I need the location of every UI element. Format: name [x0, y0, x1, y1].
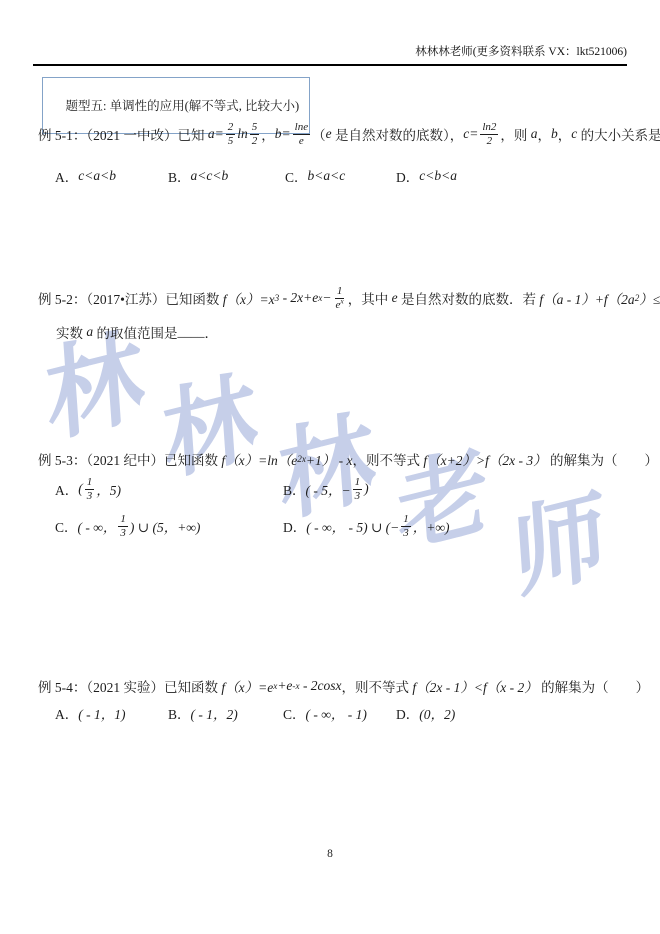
- p52-ineq-a: f（a - 1）+f（2a: [539, 288, 634, 308]
- p53-tail: 的解集为（ ）: [547, 449, 658, 469]
- option-value: (0，2): [419, 703, 455, 723]
- p52-line2-mid: 的取值范围是: [93, 322, 177, 342]
- fraction-lne-e: lne e: [293, 121, 310, 148]
- option-label: D．: [283, 516, 306, 536]
- option-label: A．: [55, 703, 78, 723]
- option-label: D．: [396, 166, 419, 186]
- fraction-numerator: 2: [226, 121, 236, 135]
- option-label: B．: [168, 166, 191, 186]
- p52-line2-var: a: [86, 324, 93, 340]
- fraction-denominator: e: [297, 135, 306, 148]
- p51-comma2: ，: [558, 124, 572, 144]
- problem-5-4-statement: 例 5-4：（2021 实验）已知函数 f（x）=ex +e-x - 2cosx…: [38, 676, 649, 696]
- p53-fx-a: f（x）=ln（e: [221, 449, 297, 469]
- p51-note-rest: 是自然对数的底数），: [332, 124, 464, 144]
- p53-option-c: C． ( - ∞， 1 3 ) ∪ (5，+∞): [55, 513, 200, 540]
- p51-var-b: b: [551, 126, 558, 142]
- p52-minus: −: [322, 290, 331, 306]
- p51-var-a: a: [531, 126, 538, 142]
- p51-option-a: A． c<a<b: [55, 166, 116, 186]
- header-teacher-info: 林林林老师(更多资料联系 VX：lkt521006): [415, 43, 627, 59]
- problem-5-1-statement: 例 5-1：（2021 一中改）已知 a= 2 5 ln 5 2 ， b= ln…: [38, 121, 660, 148]
- p54-mid: ，则不等式: [342, 676, 413, 696]
- option-label: C．: [285, 166, 308, 186]
- page-number: 8: [0, 848, 660, 860]
- option-pre: (: [78, 481, 83, 497]
- option-pre: ( - ∞，: [78, 516, 117, 536]
- p51-ln: ln: [237, 126, 248, 142]
- p53-intro: 例 5-3：（2021 纪中）已知函数: [38, 449, 221, 469]
- problem-5-3-statement: 例 5-3：（2021 纪中）已知函数 f（x）=ln（e2x +1） - x …: [38, 449, 658, 469]
- p53-option-b: B． ( - 5，− 1 3 ): [283, 476, 369, 503]
- fraction-numerator: 1: [353, 476, 363, 490]
- p51-intro: 例 5-1：（2021 一中改）已知: [38, 124, 208, 144]
- p51-comma1: ，: [538, 124, 552, 144]
- fraction-numerator: lne: [293, 121, 310, 135]
- fraction-denominator: 5: [226, 135, 236, 148]
- p54-mid-b: - 2cosx: [300, 678, 342, 694]
- option-value: b<a<c: [308, 168, 346, 184]
- p51-comma: ，: [261, 124, 275, 144]
- p51-then: ，则: [500, 124, 530, 144]
- p52-mid-b: ，其中: [348, 288, 392, 308]
- option-label: B．: [168, 703, 191, 723]
- fraction-denominator: 2: [250, 135, 260, 148]
- fraction-1-over-ex: 1 ex: [333, 285, 345, 312]
- fraction-denominator: 2: [485, 135, 495, 148]
- p52-fx: f（x）=x: [223, 288, 275, 308]
- fraction-numerator: 5: [250, 121, 260, 135]
- fraction-denominator: 3: [85, 490, 95, 503]
- fraction-5-2: 5 2: [250, 121, 260, 148]
- option-post: ，+∞): [413, 516, 450, 536]
- p53-mid: ，则不等式: [353, 449, 424, 469]
- fraction-denominator: 3: [118, 527, 128, 540]
- fraction-1-3: 1 3: [85, 476, 95, 503]
- p52-mid-a: - 2x+e: [279, 290, 318, 306]
- p51-option-c: C． b<a<c: [285, 166, 345, 186]
- p53-fx-b: +1） - x: [306, 449, 353, 469]
- den-sup: x: [340, 296, 343, 305]
- fraction-numerator: ln2: [480, 121, 498, 135]
- p52-line2-pre: 实数: [56, 322, 86, 342]
- option-post: ): [364, 481, 369, 497]
- fraction-numerator: 1: [85, 476, 95, 490]
- option-label: C．: [283, 703, 306, 723]
- header-divider: [33, 64, 627, 66]
- fraction-denominator: 3: [353, 490, 363, 503]
- option-value: ( - 1，1): [78, 703, 125, 723]
- worksheet-page: 林 林 林 老 师 林林林老师(更多资料联系 VX：lkt521006) 题型五…: [0, 0, 660, 934]
- option-post: ，5): [96, 479, 121, 499]
- p51-tail: 的大小关系是（ ）: [577, 124, 660, 144]
- option-label: A．: [55, 479, 78, 499]
- p54-option-a: A． ( - 1，1): [55, 703, 126, 723]
- fraction-2-5: 2 5: [226, 121, 236, 148]
- option-label: B．: [283, 479, 306, 499]
- fraction-1-3: 1 3: [353, 476, 363, 503]
- p53-option-a: A． ( 1 3 ，5): [55, 476, 121, 503]
- option-value: c<a<b: [78, 168, 116, 184]
- p54-ineq: f（2x - 1）<f（x - 2）: [412, 676, 537, 696]
- fraction-ln2-2: ln2 2: [480, 121, 498, 148]
- fraction-numerator: 1: [401, 513, 411, 527]
- fraction-1-3: 1 3: [401, 513, 411, 540]
- option-pre: ( - 5，−: [306, 479, 351, 499]
- p52-ineq-b: ）≤0: [639, 288, 660, 308]
- option-pre: ( - ∞， - 5) ∪ (−: [306, 516, 399, 536]
- fraction-denominator: 3: [401, 527, 411, 540]
- option-label: A．: [55, 166, 78, 186]
- watermark-char-shi: 师: [510, 486, 610, 606]
- p52-mid-c: 是自然对数的底数．若: [398, 288, 540, 308]
- option-label: C．: [55, 516, 78, 536]
- p51-option-b: B． a<c<b: [168, 166, 228, 186]
- answer-blank: ____: [178, 324, 205, 340]
- p54-mid-a: +e: [277, 678, 292, 694]
- option-label: D．: [396, 703, 419, 723]
- option-post: ) ∪ (5，+∞): [130, 516, 201, 536]
- p54-intro: 例 5-4：（2021 实验）已知函数: [38, 676, 221, 696]
- fraction-denominator: ex: [333, 299, 345, 312]
- p51-option-d: D． c<b<a: [396, 166, 457, 186]
- p51-a-eq: a=: [208, 126, 224, 142]
- p51-note-open: （: [312, 124, 326, 144]
- option-value: ( - ∞， - 1): [306, 703, 367, 723]
- p52-line2-end: ．: [205, 322, 219, 342]
- watermark-char-lin-2: 林: [160, 368, 260, 488]
- fraction-numerator: 1: [118, 513, 128, 527]
- problem-5-2-statement: 例 5-2：（2017•江苏）已知函数 f（x）=x3 - 2x+ex − 1 …: [38, 285, 660, 312]
- p52-intro: 例 5-2：（2017•江苏）已知函数: [38, 288, 223, 308]
- problem-5-2-line2: 实数 a 的取值范围是 ____ ．: [56, 322, 218, 342]
- p53-option-d: D． ( - ∞， - 5) ∪ (− 1 3 ，+∞): [283, 513, 450, 540]
- section-title: 题型五: 单调性的应用(解不等式, 比较大小): [66, 99, 300, 113]
- fraction-1-3: 1 3: [118, 513, 128, 540]
- p54-option-d: D． (0，2): [396, 703, 455, 723]
- p54-option-c: C． ( - ∞， - 1): [283, 703, 367, 723]
- option-value: c<b<a: [419, 168, 457, 184]
- p54-tail: 的解集为（ ）: [538, 676, 649, 696]
- option-value: ( - 1，2): [191, 703, 238, 723]
- p51-b-eq: b=: [275, 126, 291, 142]
- p54-option-b: B． ( - 1，2): [168, 703, 238, 723]
- p53-ineq: f（x+2）>f（2x - 3）: [423, 449, 546, 469]
- option-value: a<c<b: [191, 168, 229, 184]
- p54-fx-a: f（x）=e: [221, 676, 273, 696]
- p51-c-eq: c=: [463, 126, 478, 142]
- watermark-char-lin-1: 林: [43, 325, 147, 450]
